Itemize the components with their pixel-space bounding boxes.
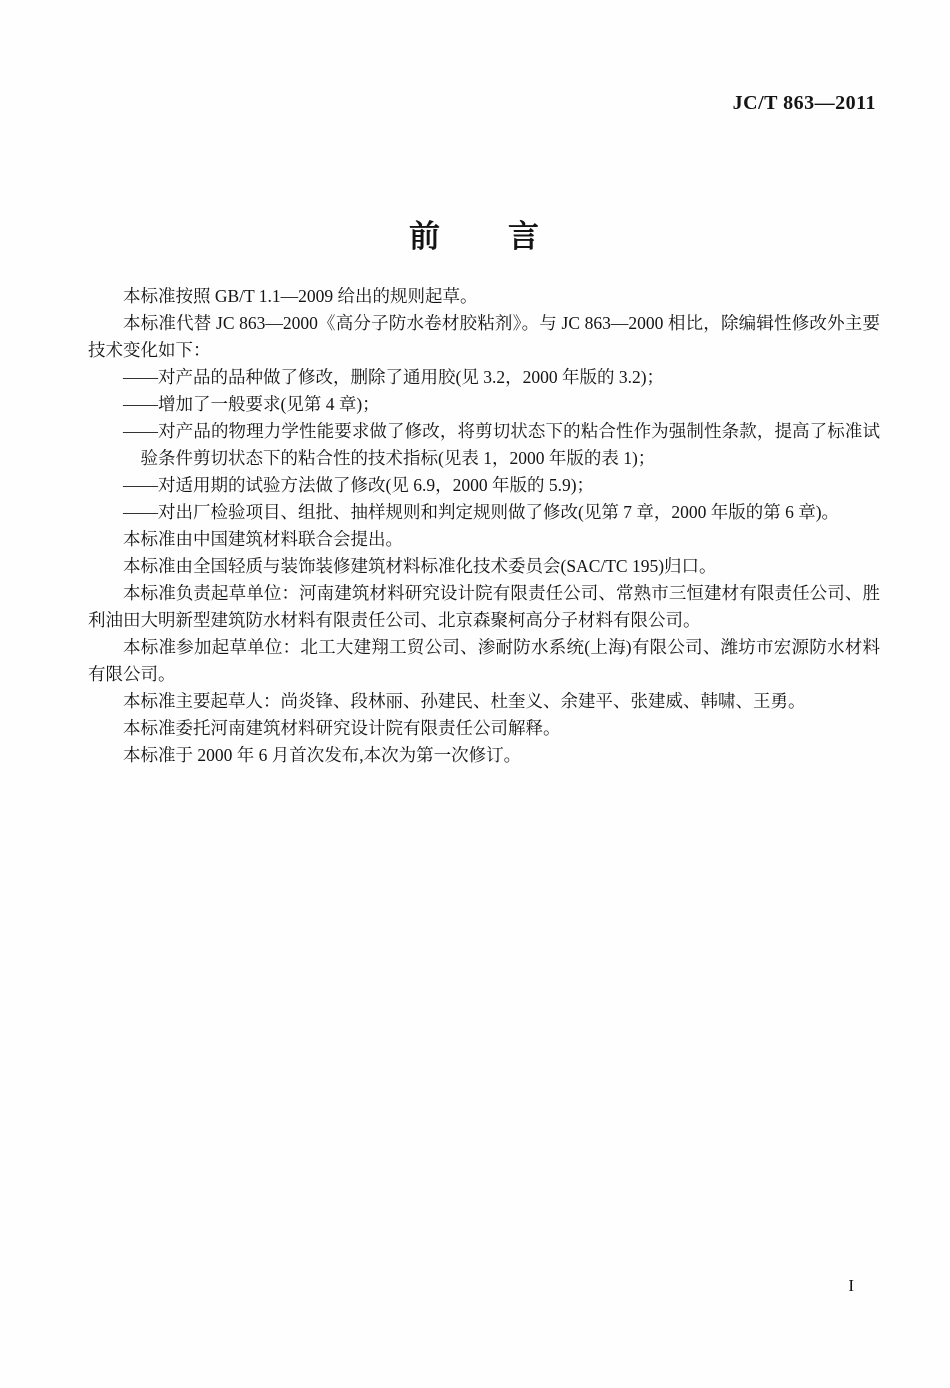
paragraph: 本标准按照 GB/T 1.1—2009 给出的规则起草。 [88, 283, 880, 310]
paragraph: 本标准代替 JC 863—2000《高分子防水卷材胶粘剂》。与 JC 863—2… [88, 310, 880, 364]
page-title: 前 言 [0, 211, 950, 256]
paragraph: 本标准由全国轻质与装饰装修建筑材料标准化技术委员会(SAC/TC 195)归口。 [88, 553, 880, 580]
document-page: JC/T 863—2011 前 言 本标准按照 GB/T 1.1—2009 给出… [0, 0, 950, 1388]
paragraph: ——对出厂检验项目、组批、抽样规则和判定规则做了修改(见第 7 章，2000 年… [88, 499, 880, 526]
paragraph: ——增加了一般要求(见第 4 章)； [88, 391, 880, 418]
paragraph: 本标准主要起草人：尚炎锋、段林丽、孙建民、杜奎义、余建平、张建威、韩啸、王勇。 [88, 688, 880, 715]
page-number: I [848, 1276, 854, 1296]
paragraph: 本标准参加起草单位：北工大建翔工贸公司、渗耐防水系统(上海)有限公司、潍坊市宏源… [88, 634, 880, 688]
paragraph: 本标准委托河南建筑材料研究设计院有限责任公司解释。 [88, 715, 880, 742]
paragraph: ——对适用期的试验方法做了修改(见 6.9，2000 年版的 5.9)； [88, 472, 880, 499]
paragraph: 本标准由中国建筑材料联合会提出。 [88, 526, 880, 553]
standard-code-header: JC/T 863—2011 [733, 92, 876, 115]
paragraph: 本标准负责起草单位：河南建筑材料研究设计院有限责任公司、常熟市三恒建材有限责任公… [88, 580, 880, 634]
document-body: 本标准按照 GB/T 1.1—2009 给出的规则起草。本标准代替 JC 863… [88, 283, 880, 769]
paragraph: 本标准于 2000 年 6 月首次发布,本次为第一次修订。 [88, 742, 880, 769]
paragraph: ——对产品的品种做了修改，删除了通用胶(见 3.2，2000 年版的 3.2)； [88, 364, 880, 391]
paragraph: ——对产品的物理力学性能要求做了修改，将剪切状态下的粘合性作为强制性条款，提高了… [88, 418, 880, 472]
